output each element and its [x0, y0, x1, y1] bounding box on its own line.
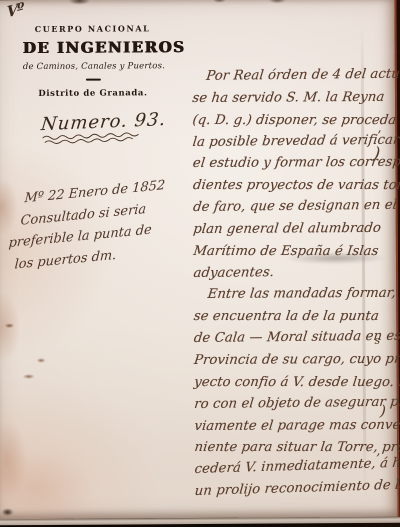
stain: [0, 420, 27, 500]
scanned-document-photo: Vº CUERPO NACIONAL DE INGENIEROS de Cami…: [0, 0, 400, 527]
stain: [212, 0, 226, 3]
text-line: plan general del alumbrado: [192, 221, 395, 244]
text-line: el estudio y formar los correspon: [191, 155, 394, 178]
letterhead-rule: [85, 79, 100, 81]
document-page: Vº CUERPO NACIONAL DE INGENIEROS de Cami…: [0, 0, 400, 519]
stain: [0, 450, 93, 527]
text-line: yecto confio á V. desde luego. Pe: [192, 375, 395, 397]
text-line: de Cala — Moral situada en esa: [192, 329, 395, 353]
stain: [0, 292, 21, 362]
text-line: ro con el objeto de asegurar pre: [193, 394, 396, 418]
text-line: se ha servido S. M. la Reyna: [191, 90, 394, 113]
letterhead-name-line: DE INGENIEROS: [23, 38, 163, 57]
text-line: adyacentes.: [192, 263, 395, 287]
ink-speck: [23, 374, 35, 379]
text-line: de faro, que se designan en el: [191, 198, 394, 222]
text-line: Provincia de su cargo, cuyo pro—: [192, 352, 395, 375]
text-line: un prolijo reconocimiento de la: [193, 478, 396, 506]
ink-speck: [37, 358, 46, 363]
ink-speck: [2, 508, 14, 516]
text-line: dientes proyectos de varias torres: [191, 178, 394, 200]
text-line: viamente el parage mas conve: [193, 417, 396, 440]
document-number-text: Numero. 93.: [40, 109, 167, 135]
ink-speck: [4, 323, 14, 328]
text-line: se encuentra la de la punta: [192, 309, 395, 331]
margin-note: Mº 22 Enero de 1852 Consultado si seria …: [4, 172, 201, 275]
text-line: Marítimo de España é Islas: [192, 244, 395, 266]
corner-initials-mark: Vº: [6, 0, 23, 21]
stain: [68, 0, 90, 5]
stain: [268, 0, 286, 4]
letterhead-corps-line: CUERPO NACIONAL: [23, 23, 163, 34]
document-number: Numero. 93.: [41, 109, 167, 145]
letterhead: CUERPO NACIONAL DE INGENIEROS de Caminos…: [23, 23, 163, 99]
text-line: Entre las mandadas formar,: [192, 286, 395, 309]
letterhead-district: Distrito de Granada.: [23, 88, 163, 99]
letterhead-subtitle: de Caminos, Canales y Puertos.: [23, 61, 163, 72]
text-line: Por Real órden de 4 del actual: [191, 67, 394, 91]
letter-body: Por Real órden de 4 del actual se ha ser…: [192, 68, 395, 506]
text-line: (q. D. g.) disponer, se proceda á: [191, 113, 394, 135]
text-line: la posible brevedad á verificar: [191, 132, 394, 156]
